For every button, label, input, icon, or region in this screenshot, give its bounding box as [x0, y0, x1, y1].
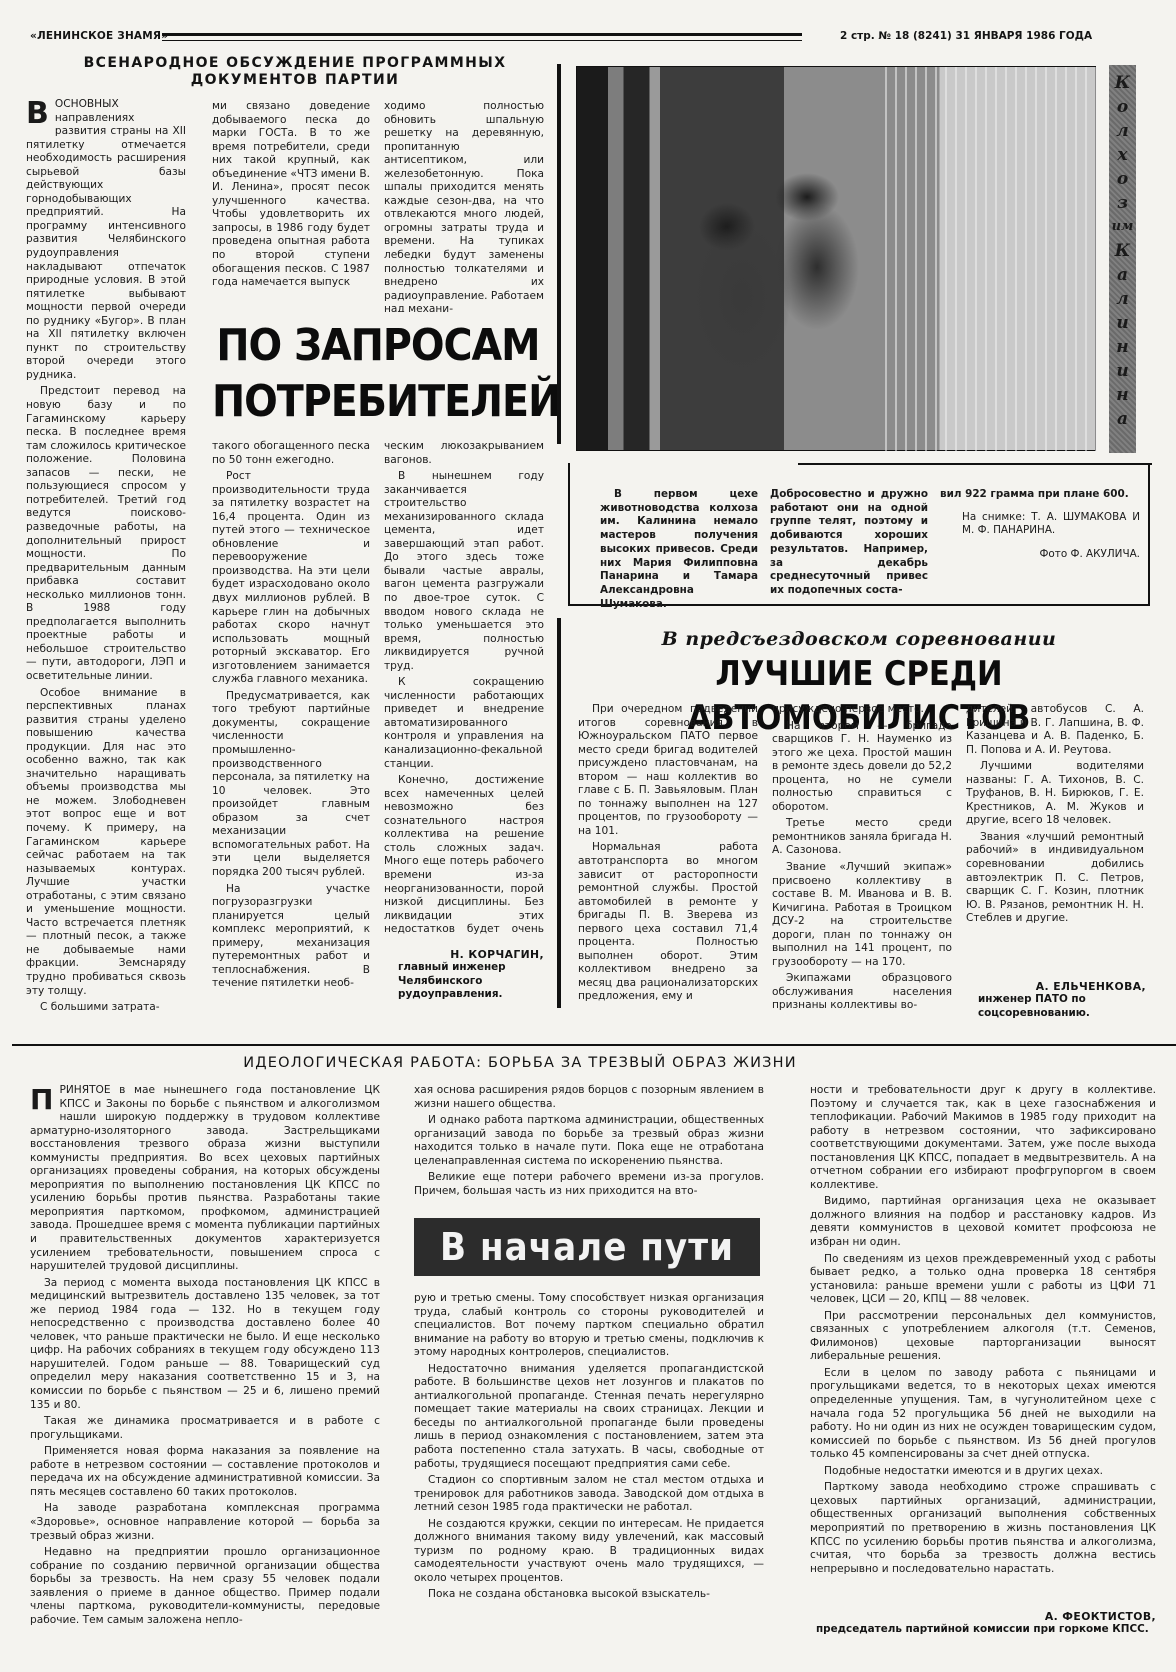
- paragraph: Недостаточно внимания уделяется пропаган…: [414, 1363, 764, 1471]
- article-sand-column-1: ВОСНОВНЫХ направлениях развития страны н…: [26, 98, 186, 1028]
- vertical-letter: л: [1116, 287, 1128, 311]
- issue-info: 2 стр. № 18 (8241) 31 ЯНВАРЯ 1986 ГОДА: [840, 30, 1092, 42]
- article-sand-column-3-top: ходимо полностью обновить шпальную решет…: [384, 100, 544, 312]
- article-sand-signature: Н. КОРЧАГИН, главный инженер Челябинског…: [384, 948, 544, 1002]
- paragraph: Применяется новая форма наказания за поя…: [30, 1445, 380, 1499]
- paragraph: РИНЯТОЕ в мае нынешнего года постановлен…: [30, 1084, 380, 1272]
- author-role: главный инженер Челябинского рудоуправле…: [384, 961, 544, 1002]
- paragraph: хая основа расширения рядов борцов с поз…: [414, 1084, 764, 1111]
- paragraph: Рост производительности труда за пятилет…: [212, 470, 370, 687]
- paragraph: рую и третью смены. Тому способствует ни…: [414, 1292, 764, 1360]
- author-name: А. ФЕОКТИСТОВ,: [810, 1610, 1156, 1623]
- title-line2: ПОТРЕБИТЕЛЕЙ: [212, 374, 544, 430]
- paragraph: По сведениям из цехов преждевременный ух…: [810, 1253, 1156, 1307]
- vertical-letter: н: [1116, 383, 1128, 407]
- article-sobriety-signature: А. ФЕОКТИСТОВ, председатель партийной ко…: [810, 1610, 1156, 1637]
- vertical-letter: о: [1117, 95, 1128, 119]
- section-divider: [12, 1044, 1176, 1046]
- paragraph: ности и требовательности друг к другу в …: [810, 1084, 1156, 1192]
- article-sand-column-3-bottom: ческим люкозакрыванием вагонов. В нынешн…: [384, 440, 544, 940]
- photo-farm-workers: [576, 66, 1096, 451]
- paragraph: В нынешнем году заканчивается строительс…: [384, 470, 544, 673]
- section-heading: ВСЕНАРОДНОЕ ОБСУЖДЕНИЕ ПРОГРАММНЫХ ДОКУМ…: [60, 55, 530, 89]
- paragraph: При рассмотрении персональных дел коммун…: [810, 1310, 1156, 1364]
- vertical-label-kolkhoz: К о л х о з им К а л и н и н а: [1109, 65, 1136, 453]
- vertical-letter: х: [1117, 143, 1127, 167]
- photo-caption-col3: вил 922 грамма при плане 600. На снимке:…: [940, 488, 1140, 562]
- vertical-letter: и: [1116, 311, 1128, 335]
- article-drivers-signature: А. ЕЛЬЧЕНКОВА, инженер ПАТО по соцсоревн…: [966, 980, 1146, 1020]
- vertical-letter: н: [1116, 335, 1128, 359]
- article-sobriety-title-banner: В начале пути: [414, 1218, 760, 1276]
- paragraph: Подобные недостатки имеются и в других ц…: [810, 1465, 1156, 1479]
- column-rule: [557, 64, 561, 444]
- article-sand-title: ПО ЗАПРОСАМ ПОТРЕБИТЕЛЕЙ: [212, 318, 544, 430]
- article-drivers-kicker: В предсъездовском соревновании: [568, 628, 1150, 650]
- paragraph: На заводе разработана комплексная програ…: [30, 1502, 380, 1543]
- article-sobriety-column-2-top: хая основа расширения рядов борцов с поз…: [414, 1084, 764, 1210]
- caption-text: вил 922 грамма при плане 600.: [940, 488, 1140, 502]
- article-sand-column-2-bottom: такого обогащенного песка по 50 тонн еже…: [212, 440, 370, 1020]
- paragraph: И однако работа парткома администрации, …: [414, 1114, 764, 1168]
- author-role: председатель партийной комиссии при горк…: [810, 1623, 1156, 1637]
- section-heading-line2: ДОКУМЕНТОВ ПАРТИИ: [60, 72, 530, 89]
- paragraph: Предстоит перевод на новую базу и по Гаг…: [26, 385, 186, 683]
- paragraph: Великие еще потери рабочего времени из-з…: [414, 1171, 764, 1198]
- paragraph: К сокращению численности работающих прив…: [384, 676, 544, 771]
- paragraph: На втором — бригада сварщиков Г. Н. Наум…: [772, 720, 952, 815]
- article-sobriety-column-2-bottom: рую и третью смены. Тому способствует ни…: [414, 1292, 764, 1672]
- author-name: Н. КОРЧАГИН,: [384, 948, 544, 961]
- paragraph: такого обогащенного песка по 50 тонн еже…: [212, 440, 370, 467]
- photo-caption-col2: Добросовестно и дружно работают они на о…: [770, 488, 928, 598]
- paragraph: дителей автобусов С. А. Гришина и В. Г. …: [966, 703, 1144, 757]
- paragraph: Не создаются кружки, секции по интересам…: [414, 1518, 764, 1586]
- paragraph: За период с момента выхода постановления…: [30, 1277, 380, 1412]
- paragraph: Нормальная работа автотранспорта во мног…: [578, 841, 758, 1004]
- paragraph: Третье место среди ремонтников заняла бр…: [772, 817, 952, 858]
- caption-top-rule: [798, 463, 1152, 465]
- paragraph: Звание «Лучший экипаж» присвоено коллект…: [772, 861, 952, 969]
- vertical-letter: К: [1115, 71, 1130, 95]
- paragraph: присуждено первое место.: [772, 703, 952, 717]
- paragraph: Такая же динамика просматривается и в ра…: [30, 1415, 380, 1442]
- paragraph: Экипажами образцового обслуживания насел…: [772, 972, 952, 1013]
- paragraph: Предусматривается, как того требуют парт…: [212, 690, 370, 880]
- paragraph: Лучшими водителями названы: Г. А. Тихоно…: [966, 760, 1144, 828]
- vertical-letter: о: [1117, 167, 1128, 191]
- paragraph: Видимо, партийная организация цеха не ок…: [810, 1195, 1156, 1249]
- article-drivers-column-2: присуждено первое место. На втором — бри…: [772, 703, 952, 1023]
- dropcap: В: [26, 100, 49, 128]
- paragraph: ческим люкозакрыванием вагонов.: [384, 440, 544, 467]
- author-role: инженер ПАТО по соцсоревнованию.: [966, 993, 1146, 1020]
- title-line1: ПО ЗАПРОСАМ: [212, 318, 544, 374]
- paragraph: С большими затрата-: [26, 1001, 186, 1015]
- photo-credit: Фото Ф. АКУЛИЧА.: [940, 548, 1140, 562]
- paragraph: ходимо полностью обновить шпальную решет…: [384, 100, 544, 312]
- paragraph: ОСНОВНЫХ направлениях развития страны на…: [26, 98, 186, 381]
- vertical-letter: К: [1115, 239, 1130, 263]
- photo-note: На снимке: Т. А. ШУМАКОВА И М. Ф. ПАНАРИ…: [940, 511, 1140, 538]
- article-drivers-column-1: При очередном подведении итогов соревнов…: [578, 703, 758, 1023]
- paragraph: Парткому завода необходимо строже спраши…: [810, 1481, 1156, 1576]
- newspaper-name: «ЛЕНИНСКОЕ ЗНАМЯ»: [30, 30, 168, 42]
- paragraph: Конечно, достижение всех намеченных целе…: [384, 774, 544, 940]
- paragraph: Недавно на предприятии прошло организаци…: [30, 1546, 380, 1627]
- paragraph: Стадион со спортивным залом не стал мест…: [414, 1474, 764, 1515]
- vertical-letter: им: [1112, 215, 1134, 239]
- article-sobriety-section-heading: ИДЕОЛОГИЧЕСКАЯ РАБОТА: БОРЬБА ЗА ТРЕЗВЫЙ…: [210, 1055, 830, 1072]
- masthead-rule: [162, 33, 802, 41]
- article-sobriety-column-1: ПРИНЯТОЕ в мае нынешнего года постановле…: [30, 1084, 380, 1672]
- vertical-letter: а: [1117, 263, 1128, 287]
- paragraph: На участке погрузоразгрузки планируется …: [212, 883, 370, 991]
- vertical-letter: л: [1116, 119, 1128, 143]
- column-rule: [557, 618, 561, 1008]
- article-drivers-column-3: дителей автобусов С. А. Гришина и В. Г. …: [966, 703, 1144, 953]
- paragraph: Если в целом по заводу работа с пьяницам…: [810, 1367, 1156, 1462]
- photo-stall-rails: [877, 67, 1097, 452]
- paragraph: Пока не создана обстановка высокой взыск…: [414, 1588, 764, 1602]
- paragraph: Особое внимание в перспективных планах р…: [26, 687, 186, 999]
- article-sobriety-column-3: ности и требовательности друг к другу в …: [810, 1084, 1156, 1594]
- vertical-letter: и: [1116, 359, 1128, 383]
- paragraph: Звания «лучший ремонтный рабочий» в инди…: [966, 831, 1144, 926]
- vertical-letter: а: [1117, 407, 1128, 431]
- vertical-letter: з: [1117, 191, 1128, 215]
- author-name: А. ЕЛЬЧЕНКОВА,: [966, 980, 1146, 993]
- paragraph: ми связано доведение добываемого песка д…: [212, 100, 370, 290]
- dropcap: П: [30, 1086, 53, 1114]
- section-heading-line1: ВСЕНАРОДНОЕ ОБСУЖДЕНИЕ ПРОГРАММНЫХ: [60, 55, 530, 72]
- paragraph: При очередном подведении итогов соревнов…: [578, 703, 758, 838]
- photo-caption-col1: В первом цехе животноводства колхоза им.…: [600, 488, 758, 611]
- article-sand-column-2-top: ми связано доведение добываемого песка д…: [212, 100, 370, 312]
